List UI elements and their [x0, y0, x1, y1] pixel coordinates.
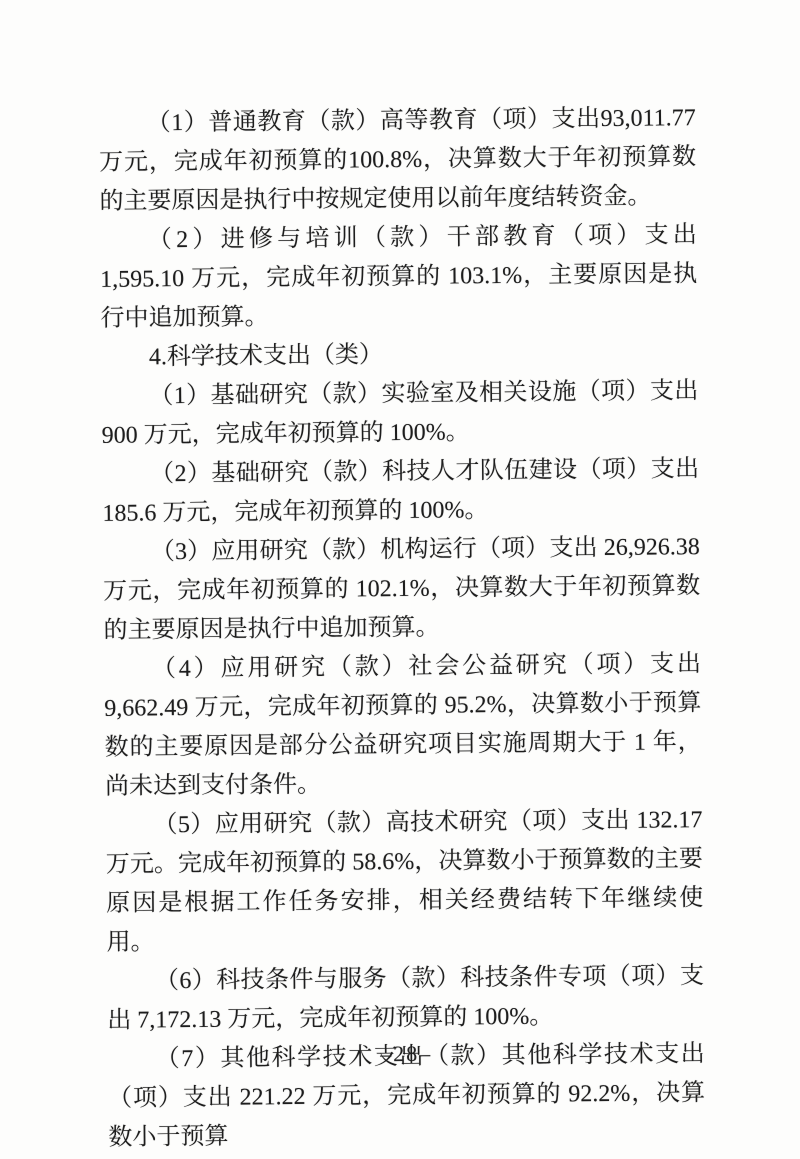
section-heading-science-tech: 4.科学技术支出（类） — [101, 333, 698, 378]
paragraph-basic-research-talent: （2）基础研究（款）科技人才队伍建设（项）支出 185.6 万元，完成年初预算的… — [102, 450, 700, 534]
document-body: （1）普通教育（款）高等教育（项）支出93,011.77万元，完成年初预算的10… — [99, 99, 706, 1131]
paragraph-education-higher: （1）普通教育（款）高等教育（项）支出93,011.77万元，完成年初预算的10… — [99, 99, 697, 222]
scanned-page: （1）普通教育（款）高等教育（项）支出93,011.77万元，完成年初预算的10… — [0, 0, 800, 1131]
paragraph-tech-conditions: （6）科技条件与服务（款）科技条件专项（项）支出 7,172.13 万元，完成年… — [107, 957, 705, 1041]
paragraph-applied-research-operation: （3）应用研究（款）机构运行（项）支出 26,926.38 万元，完成年初预算的… — [103, 528, 701, 651]
paragraph-education-training: （2）进修与培训（款）干部教育（项）支出 1,595.10 万元，完成年初预算的… — [100, 216, 698, 339]
paragraph-applied-research-hightech: （5）应用研究（款）高技术研究（项）支出 132.17 万元。完成年初预算的 5… — [105, 801, 703, 963]
paragraph-basic-research-lab: （1）基础研究（款）实验室及相关设施（项）支出 900 万元，完成年初预算的 1… — [101, 372, 699, 456]
paragraph-applied-research-public: （4）应用研究（款）社会公益研究（项）支出 9,662.49 万元，完成年初预算… — [104, 645, 702, 807]
